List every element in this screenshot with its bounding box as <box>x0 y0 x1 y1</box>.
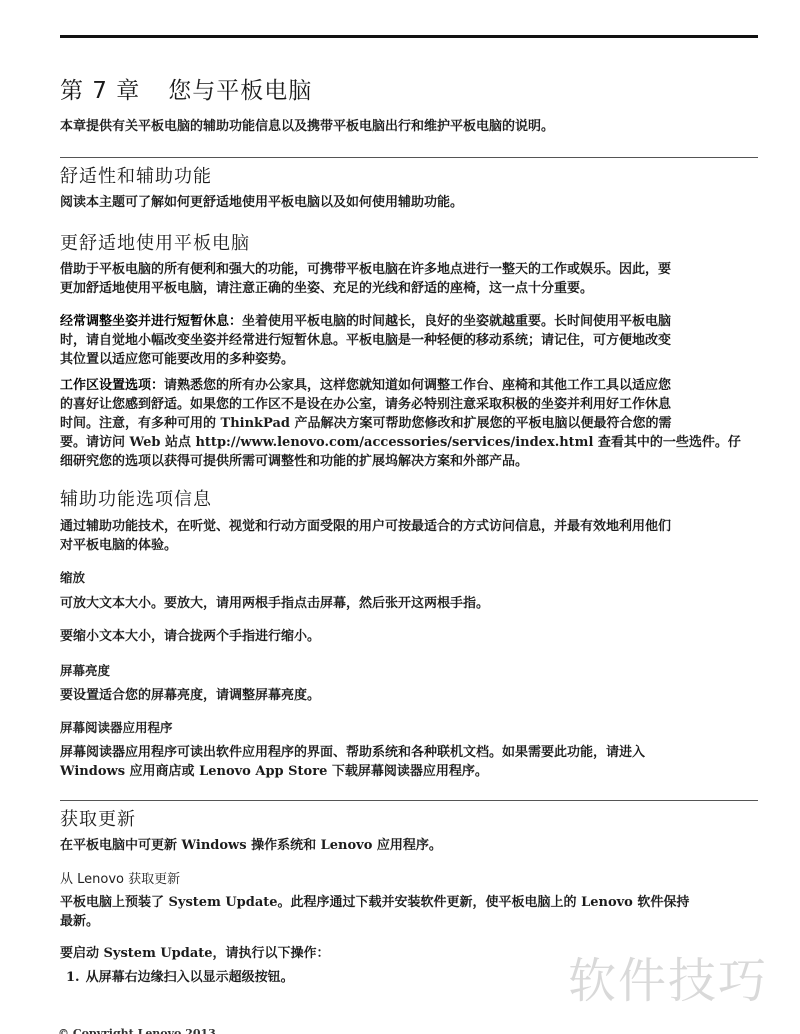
subheading-screen-brightness: 屏幕亮度 <box>60 661 110 679</box>
zoom-paragraph-2: 要缩小文本大小，请合拢两个手指进行缩小。 <box>60 627 758 646</box>
step-number: 1. <box>66 970 80 985</box>
step-text: 从屏幕右边缘扫入以显示超级按钮。 <box>86 970 294 985</box>
section-heading-use-comfortably: 更舒适地使用平板电脑 <box>60 229 250 255</box>
section-heading-accessibility-info: 辅助功能选项信息 <box>60 485 212 511</box>
step-item: 1.从屏幕右边缘扫入以显示超级按钮。 <box>66 966 294 985</box>
zoom-paragraph-1: 可放大文本大小。要放大，请用两根手指点击屏幕，然后张开这两根手指。 <box>60 594 758 613</box>
system-update-paragraph: 平板电脑上预装了 System Update。此程序通过下载并安装软件更新，使平… <box>60 893 758 931</box>
section-heading-comfort-accessibility: 舒适性和辅助功能 <box>60 162 212 188</box>
copyright-footer: © Copyright Lenovo 2013 <box>58 1027 216 1034</box>
tip-posture: 经常调整坐姿并进行短暂休息：坐着使用平板电脑的时间越长，良好的坐姿就越重要。长时… <box>60 312 758 369</box>
subheading-zoom: 缩放 <box>60 568 85 586</box>
watermark-text: 软件技巧 <box>568 942 768 1011</box>
get-updates-intro: 在平板电脑中可更新 Windows 操作系统和 Lenovo 应用程序。 <box>60 836 758 855</box>
section-comfort-intro: 阅读本主题可了解如何更舒适地使用平板电脑以及如何使用辅助功能。 <box>60 193 758 212</box>
chapter-intro: 本章提供有关平板电脑的辅助功能信息以及携带平板电脑出行和维护平板电脑的说明。 <box>60 117 758 136</box>
subheading-updates-from-lenovo: 从 Lenovo 获取更新 <box>60 868 180 887</box>
accessibility-info-paragraph: 通过辅助功能技术，在听觉、视觉和行动方面受限的用户可按最适合的方式访问信息，并最… <box>60 517 758 555</box>
tip-posture-lead: 经常调整坐姿并进行短暂休息： <box>60 314 242 329</box>
section-rule <box>60 800 758 801</box>
brightness-paragraph: 要设置适合您的屏幕亮度，请调整屏幕亮度。 <box>60 686 758 705</box>
chapter-name: 您与平板电脑 <box>168 78 312 104</box>
screen-reader-paragraph: 屏幕阅读器应用程序可读出软件应用程序的界面、帮助系统和各种联机文档。如果需要此功… <box>60 743 758 781</box>
tip-workspace-lead: 工作区设置选项： <box>60 378 164 393</box>
chapter-title: 第 7 章您与平板电脑 <box>60 72 312 105</box>
tip-workspace: 工作区设置选项：请熟悉您的所有办公家具，这样您就知道如何调整工作台、座椅和其他工… <box>60 376 758 471</box>
lenovo-accessories-link-line: 要。请访问 Web 站点 http://www.lenovo.com/acces… <box>60 433 758 452</box>
subheading-screen-reader: 屏幕阅读器应用程序 <box>60 718 173 736</box>
section-rule <box>60 157 758 158</box>
use-comfortably-paragraph: 借助于平板电脑的所有便利和强大的功能，可携带平板电脑在许多地点进行一整天的工作或… <box>60 260 758 298</box>
chapter-label: 第 7 章 <box>60 78 140 104</box>
section-heading-get-updates: 获取更新 <box>60 805 136 831</box>
chapter-top-rule <box>60 35 758 38</box>
